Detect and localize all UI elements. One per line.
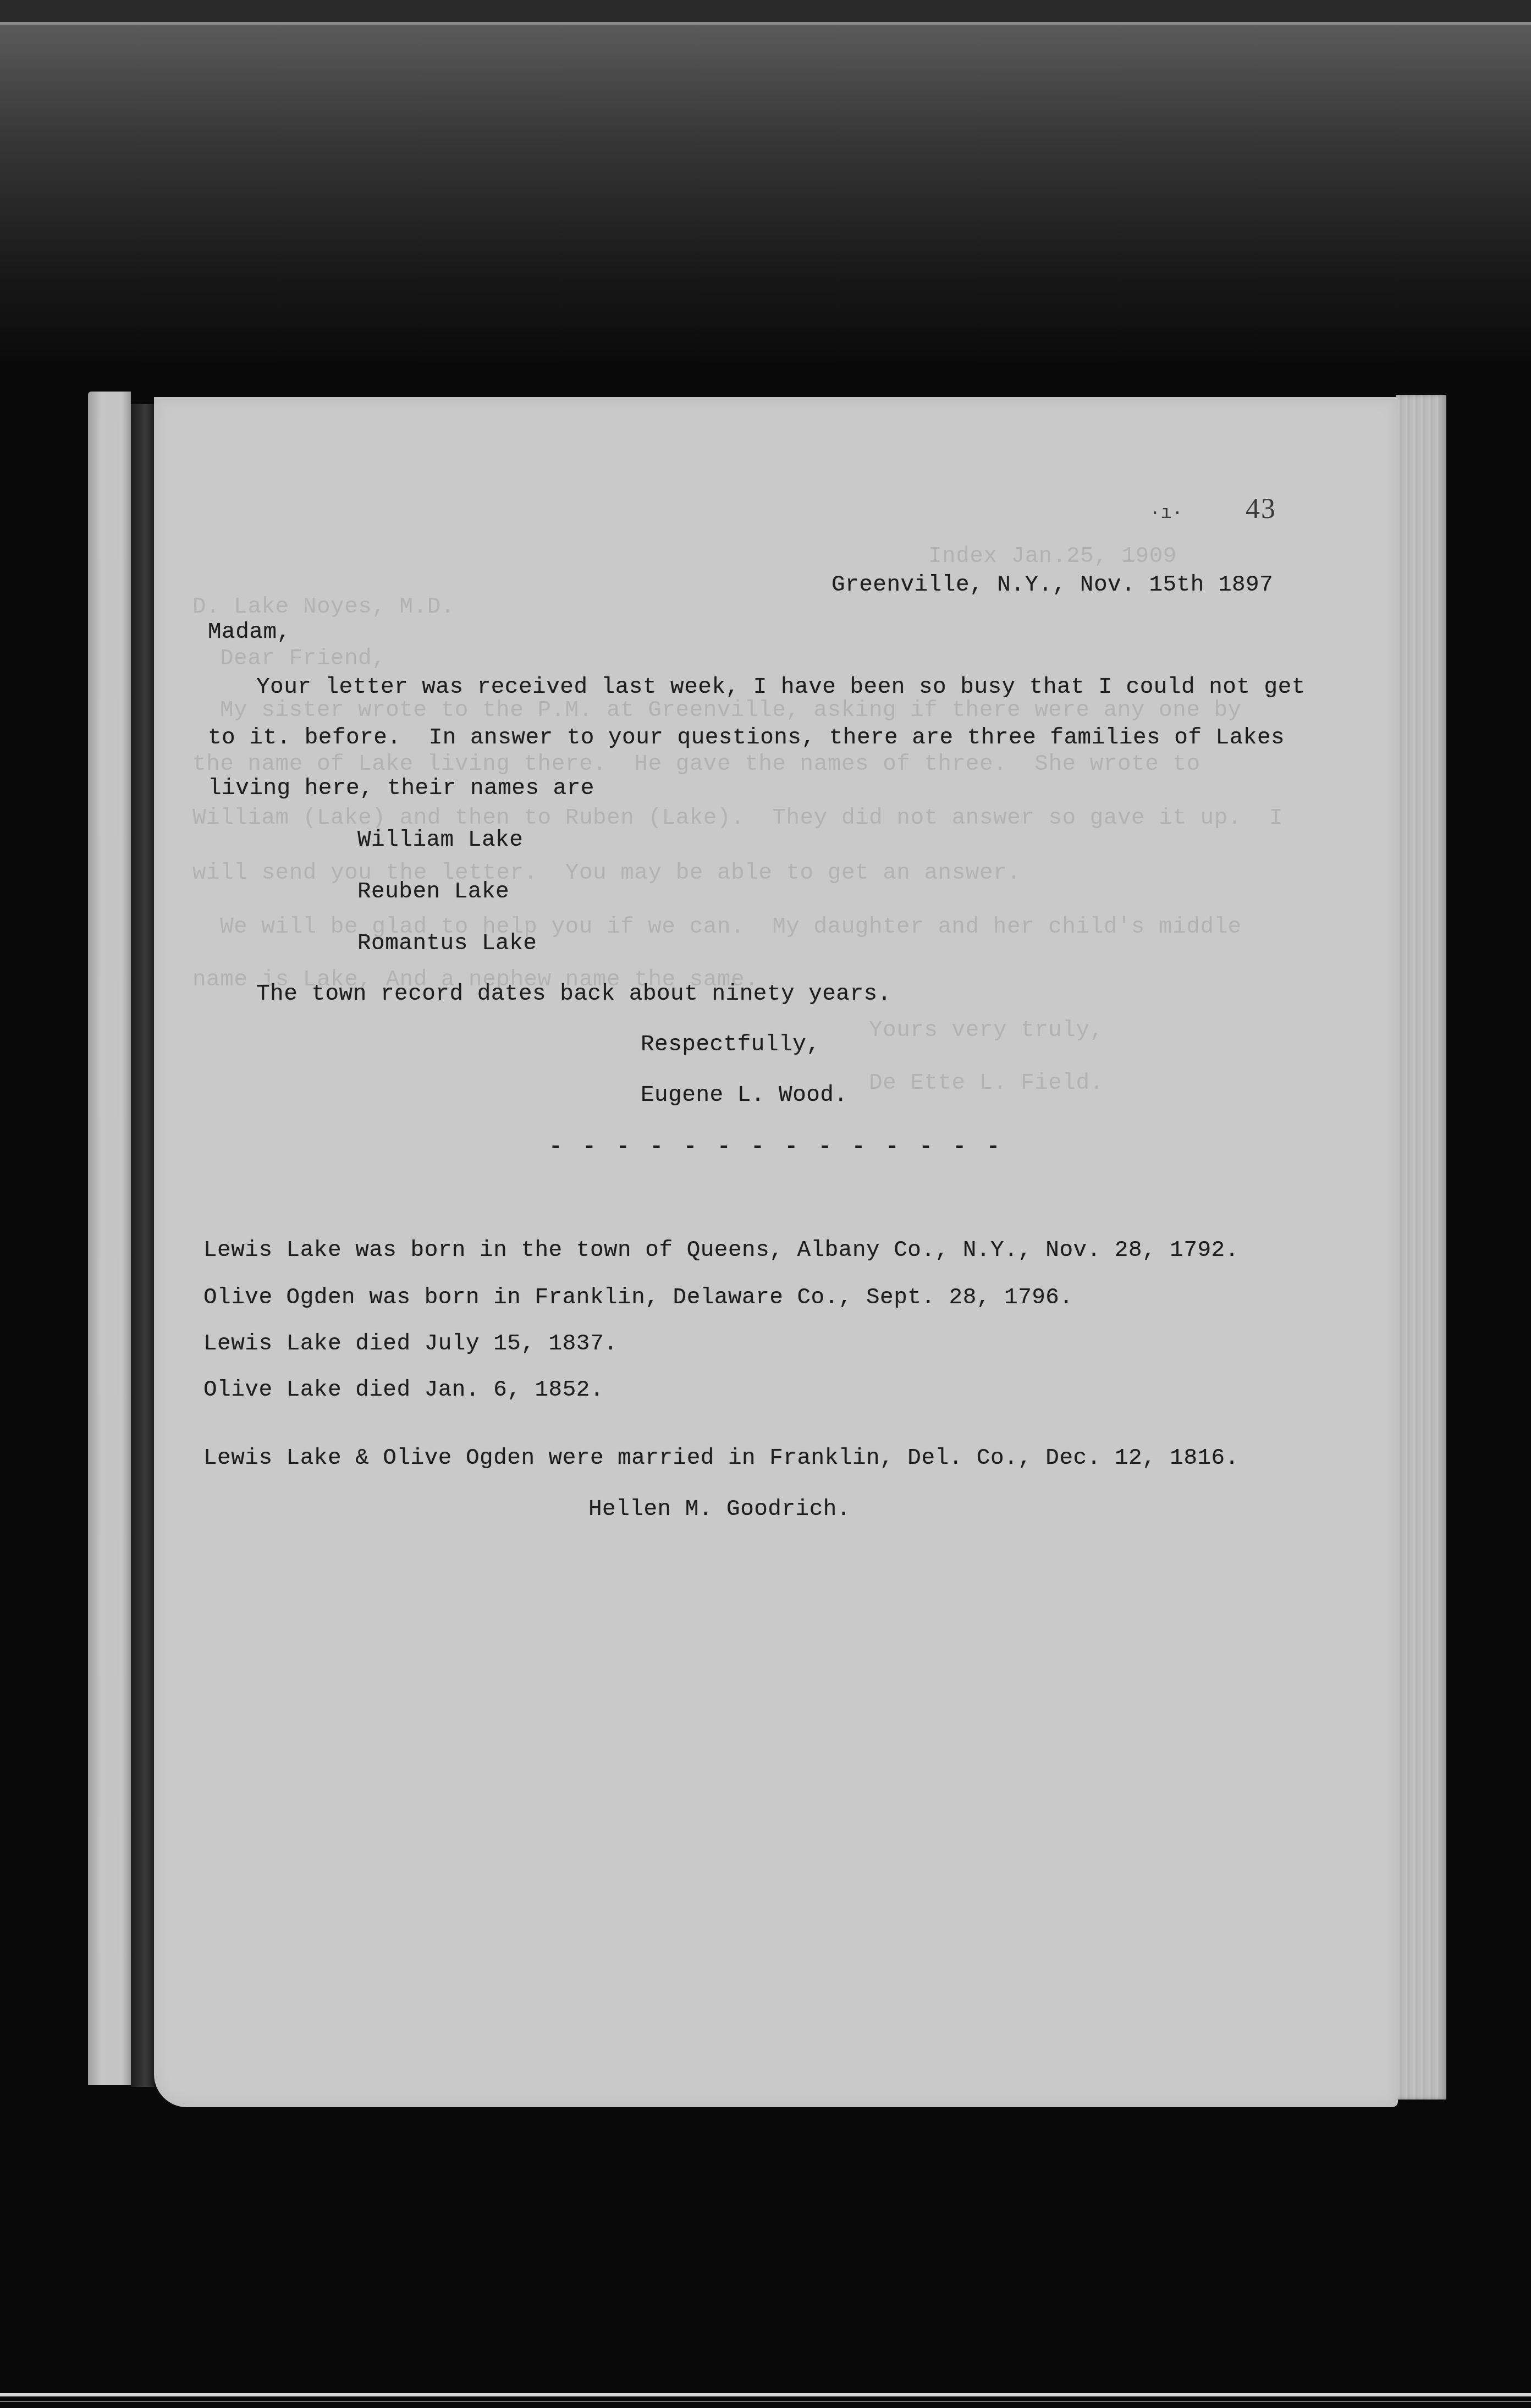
letter-closing-line: The town record dates back about ninety … — [256, 983, 891, 1006]
bleed-through-line: D. Lake Noyes, M.D. — [192, 596, 455, 619]
scan-bottom-edge — [0, 2393, 1531, 2396]
letter-body-line: to it. before. In answer to your questio… — [208, 727, 1285, 750]
bleed-through-line: Dear Friend, — [220, 648, 385, 670]
bleed-through-line: will send you the letter. You may be abl… — [192, 862, 1021, 885]
bleed-through-index: Index Jan.25, 1909 — [928, 545, 1177, 568]
letter-salutation: Madam, — [208, 621, 291, 644]
document-page: Index Jan.25, 1909 D. Lake Noyes, M.D. D… — [154, 397, 1398, 2107]
family-name: Reuben Lake — [357, 881, 509, 903]
page-stack-edge — [1396, 395, 1446, 2100]
scan-bottom-edge-secondary — [0, 2401, 1531, 2402]
bleed-through-line: the name of Lake living there. He gave t… — [192, 753, 1200, 776]
record-line: Olive Lake died Jan. 6, 1852. — [203, 1379, 604, 1402]
facing-page-edge — [88, 392, 131, 2085]
letter-body-line: Your letter was received last week, I ha… — [256, 676, 1306, 699]
scan-background — [0, 25, 1531, 366]
bleed-through-line: De Ette L. Field. — [869, 1072, 1104, 1095]
scan-top-strip — [0, 0, 1531, 22]
letter-body-line: living here, their names are — [208, 778, 594, 800]
record-line: Olive Ogden was born in Franklin, Delawa… — [203, 1287, 1073, 1309]
bleed-through-line: Yours very truly, — [869, 1020, 1104, 1042]
letter-dateline: Greenville, N.Y., Nov. 15th 1897 — [831, 574, 1273, 597]
letter-valediction: Respectfully, — [641, 1034, 820, 1056]
bleed-through-line: My sister wrote to the P.M. at Greenvill… — [220, 699, 1242, 722]
section-divider: - - - - - - - - - - - - - - — [549, 1136, 1003, 1159]
family-name: Romantus Lake — [357, 933, 537, 955]
bleed-through-line: William (Lake) and then to Ruben (Lake).… — [192, 807, 1283, 830]
records-signature: Hellen M. Goodrich. — [588, 1498, 851, 1521]
record-line: Lewis Lake & Olive Ogden were married in… — [203, 1447, 1239, 1470]
family-name: William Lake — [357, 829, 523, 852]
record-line: Lewis Lake was born in the town of Queen… — [203, 1239, 1239, 1262]
record-line: Lewis Lake died July 15, 1837. — [203, 1333, 618, 1355]
page-number: 43 — [1246, 495, 1276, 524]
book-gutter — [131, 404, 155, 2087]
ink-stamp-mark: ·ı· — [1149, 504, 1183, 523]
letter-signature: Eugene L. Wood. — [641, 1084, 848, 1107]
